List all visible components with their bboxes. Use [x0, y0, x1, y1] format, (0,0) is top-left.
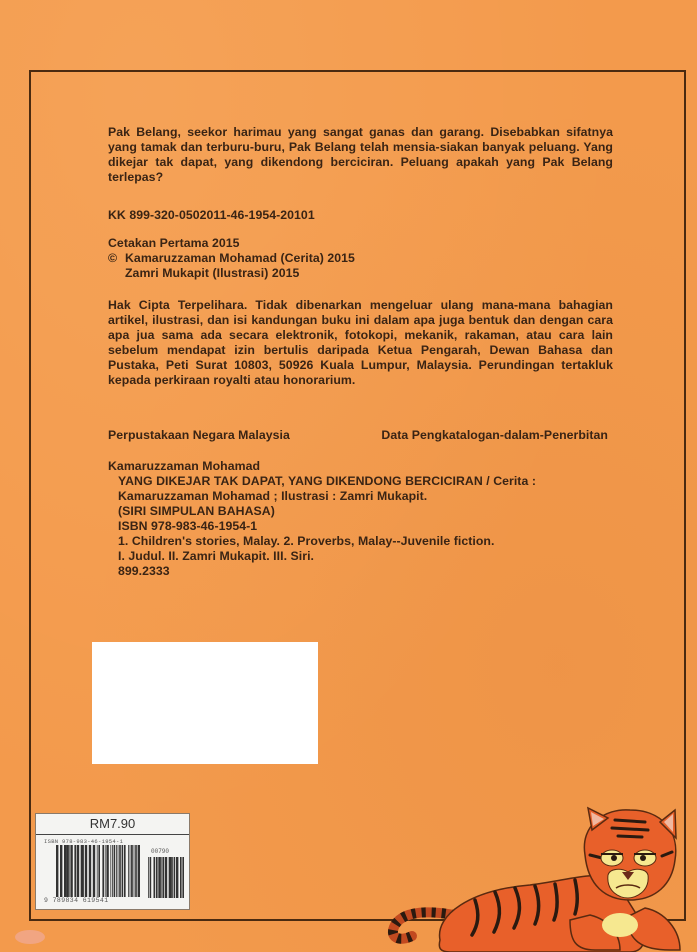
cip-author: Kamaruzzaman Mohamad — [108, 459, 613, 474]
cip-entry: ISBN 978-983-46-1954-1 — [108, 519, 613, 534]
barcode-addon: 00790 — [151, 848, 169, 855]
cip-entry: I. Judul. II. Zamri Mukapit. III. Siri. — [108, 549, 613, 564]
barcode-digits: 9 789834 619541 — [44, 897, 109, 904]
barcode-isbn: ISBN 978-983-46-1954-1 — [44, 838, 123, 845]
price-tag: RM7.90 — [36, 814, 189, 835]
cip-entry: YANG DIKEJAR TAK DAPAT, YANG DIKENDONG B… — [108, 474, 613, 489]
barcode-addon-bars-icon — [148, 857, 184, 898]
catalog-header: Perpustakaan Negara Malaysia Data Pengka… — [108, 428, 608, 443]
kk-number: KK 899-320-0502011-46-1954-20101 — [108, 208, 613, 223]
cip-entry: Kamaruzzaman Mohamad ; Ilustrasi : Zamri… — [108, 489, 613, 504]
cip-record: Kamaruzzaman Mohamad YANG DIKEJAR TAK DA… — [108, 459, 613, 579]
cip-entry: (SIRI SIMPULAN BAHASA) — [108, 504, 613, 519]
barcode-label: RM7.90 ISBN 978-983-46-1954-1 00790 9 78… — [35, 813, 190, 910]
stain-spot — [15, 930, 45, 944]
copyright-icon: © — [108, 251, 125, 266]
cip-entry: 899.2333 — [108, 564, 613, 579]
printing-line: Cetakan Pertama 2015 — [108, 236, 613, 251]
barcode-bars-icon — [56, 845, 140, 897]
tiger-illustration-icon — [380, 800, 697, 952]
blurb-text: Pak Belang, seekor harimau yang sangat g… — [108, 125, 613, 185]
copyright-author-line: ©Kamaruzzaman Mohamad (Cerita) 2015 — [108, 251, 613, 266]
redacted-box — [92, 642, 318, 764]
edition-info: Cetakan Pertama 2015 ©Kamaruzzaman Moham… — [108, 236, 613, 281]
cip-label: Data Pengkatalogan-dalam-Penerbitan — [381, 428, 608, 443]
rights-notice: Hak Cipta Terpelihara. Tidak dibenarkan … — [108, 298, 613, 388]
library-name: Perpustakaan Negara Malaysia — [108, 428, 290, 443]
copyright-illustrator: Zamri Mukapit (Ilustrasi) 2015 — [108, 266, 613, 281]
copyright-author: Kamaruzzaman Mohamad (Cerita) 2015 — [125, 251, 355, 265]
cip-entry: 1. Children's stories, Malay. 2. Proverb… — [108, 534, 613, 549]
